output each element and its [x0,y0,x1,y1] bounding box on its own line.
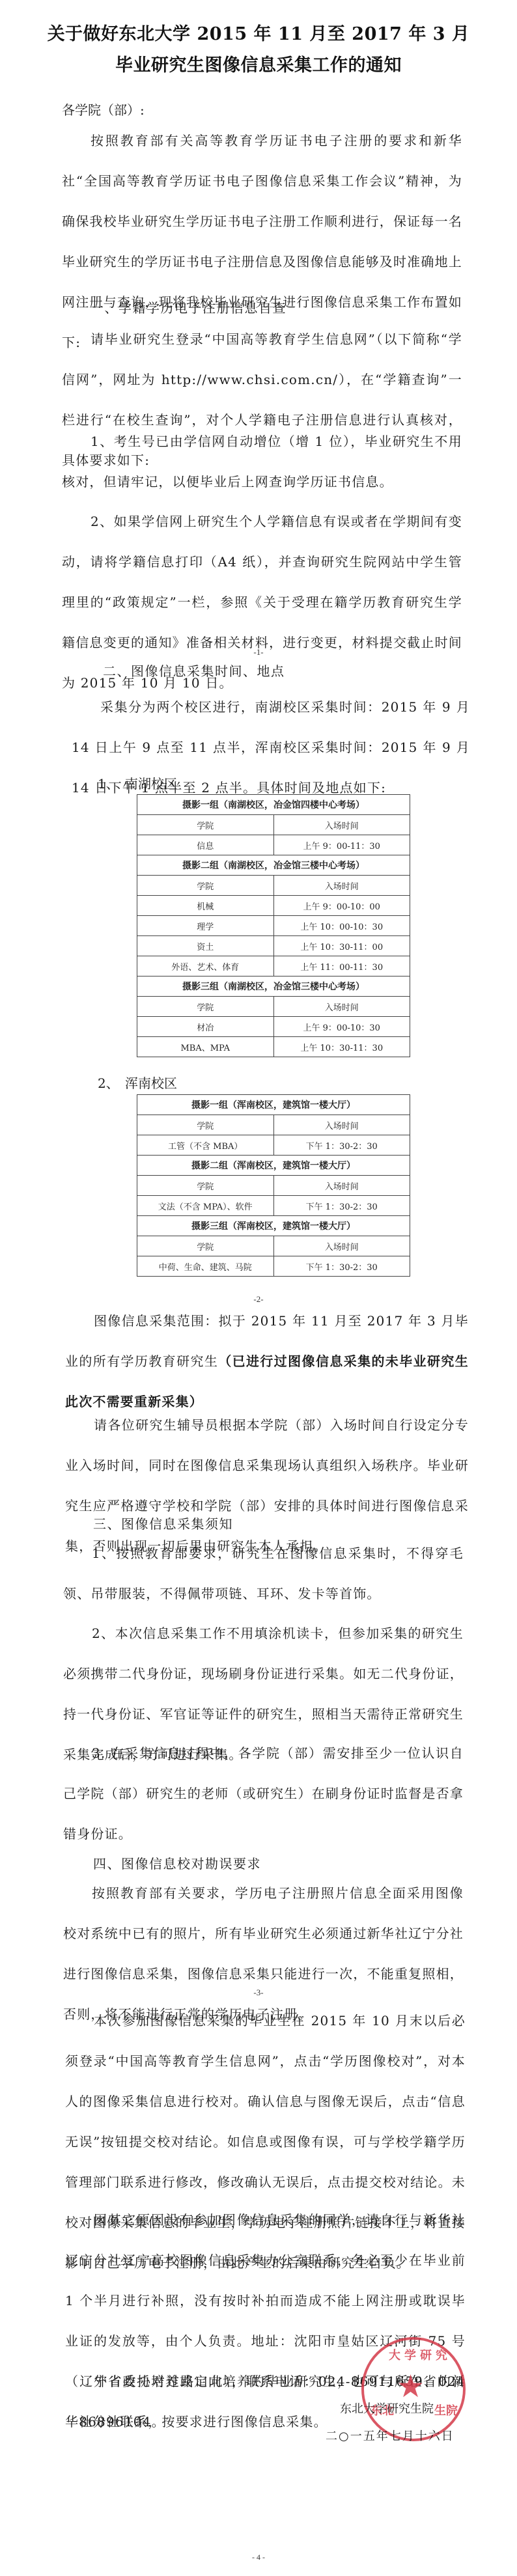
col-header-college: 学院 [137,1236,274,1256]
table-cell-college: 资土 [137,936,274,956]
col-header-time: 入场时间 [273,1236,410,1256]
page-number-1: -1- [0,647,517,658]
table-cell-college: 信息 [137,835,274,855]
document-title-line2: 毕业研究生图像信息采集工作的通知 [0,51,517,76]
table-cell-time: 上午 10：30-11：30 [273,1037,410,1057]
scope-paragraph: 图像信息采集范围：拟于 2015 年 11 月至 2017 年 3 月毕业的所有… [65,1301,469,1422]
seal-star-icon: ★ [397,2371,425,2402]
section4-heading: 四、图像信息校对勘误要求 [93,1853,261,1872]
table-cell-college: 文法（不含 MPA）、软件 [137,1196,274,1216]
table-cell-college: 机械 [137,896,274,916]
seal-text-top: 大学研究 [389,2346,451,2363]
page-number-4: - 4 - [0,2553,517,2562]
signature-org: 东北大学研究生院 [340,2400,434,2417]
table-cell-time: 上午 9：00-10：30 [273,1017,410,1037]
table-cell-time: 上午 11：00-11：30 [273,956,410,976]
signature-date: 二○一五年七月十六日 [326,2427,454,2444]
seal-text-right: 生院 [434,2402,458,2418]
section1-heading: 一、学籍学历电子注册信息自查 [91,298,286,316]
hunnan-schedule-table: 摄影一组（浑南校区，建筑馆一楼大厅） 学院入场时间 工管（不含 MBA）下午 1… [137,1094,410,1277]
group-title: 摄影一组（南湖校区，冶金馆四楼中心考场） [137,795,410,815]
col-header-time: 入场时间 [273,1115,410,1135]
greeting: 各学院（部）: [62,100,145,118]
group-title: 摄影三组（南湖校区，冶金馆三楼中心考场） [137,976,410,997]
section3-heading: 三、图像信息采集须知 [93,1514,233,1532]
table-cell-college: 中荷、生命、建筑、马院 [137,1256,274,1277]
table-cell-time: 下午 1：30-2：30 [273,1196,410,1216]
col-header-college: 学院 [137,876,274,896]
campus1-label: 1、 [98,773,119,792]
table-cell-time: 下午 1：30-2：30 [273,1256,410,1277]
col-header-time: 入场时间 [273,876,410,896]
section3-item3: 3. 在采集信息过程中，各学院（部）需安排至少一位认识自己学院（部）研究生的老师… [63,1733,464,1854]
table-cell-time: 上午 10：30-11：00 [273,936,410,956]
table-cell-college: 材冶 [137,1017,274,1037]
table-cell-time: 上午 10：00-10：30 [273,916,410,936]
section3-item1: 1、按照教育部要求，研究生在图像信息采集时，不得穿毛领、吊带服装，不得佩带项链、… [63,1533,464,1614]
table-cell-time: 上午 9：00-11：30 [273,835,410,855]
col-header-time: 入场时间 [273,1176,410,1196]
col-header-time: 入场时间 [273,815,410,835]
col-header-college: 学院 [137,1115,274,1135]
section2-heading: 二、图像信息采集时间、地点 [103,661,285,680]
table-cell-college: MBA、MPA [137,1037,274,1057]
col-header-time: 入场时间 [273,997,410,1017]
nanhu-schedule-table: 摄影一组（南湖校区，冶金馆四楼中心考场） 学院入场时间 信息上午 9：00-11… [137,794,410,1057]
table-cell-time: 上午 9：00-10：00 [273,896,410,916]
table-cell-college: 外语、艺术、体育 [137,956,274,976]
table-cell-college: 理学 [137,916,274,936]
table-cell-college: 工管（不含 MBA） [137,1135,274,1156]
official-seal: ★ 大学研究 东北 生院 [361,2337,466,2441]
table-cell-time: 下午 1：30-2：30 [273,1135,410,1156]
page-number-3: -3- [0,1987,517,1998]
group-title: 摄影一组（浑南校区，建筑馆一楼大厅） [137,1095,410,1115]
col-header-college: 学院 [137,997,274,1017]
col-header-college: 学院 [137,815,274,835]
col-header-college: 学院 [137,1176,274,1196]
campus2-name: 浑南校区 [125,1073,177,1092]
campus1-name: 南湖校区 [125,773,177,792]
campus2-label: 2、 [98,1073,119,1092]
section1-item1: 1、考生号已由学信网自动增位（增 1 位），毕业研究生不用核对，但请牢记，以便毕… [62,421,462,502]
group-title: 摄影二组（南湖校区，冶金馆三楼中心考场） [137,855,410,876]
document-title-line1: 关于做好东北大学 2015 年 11 月至 2017 年 3 月 [0,20,517,45]
group-title: 摄影三组（浑南校区，建筑馆一楼大厅） [137,1216,410,1236]
group-title: 摄影二组（浑南校区，建筑馆一楼大厅） [137,1156,410,1176]
